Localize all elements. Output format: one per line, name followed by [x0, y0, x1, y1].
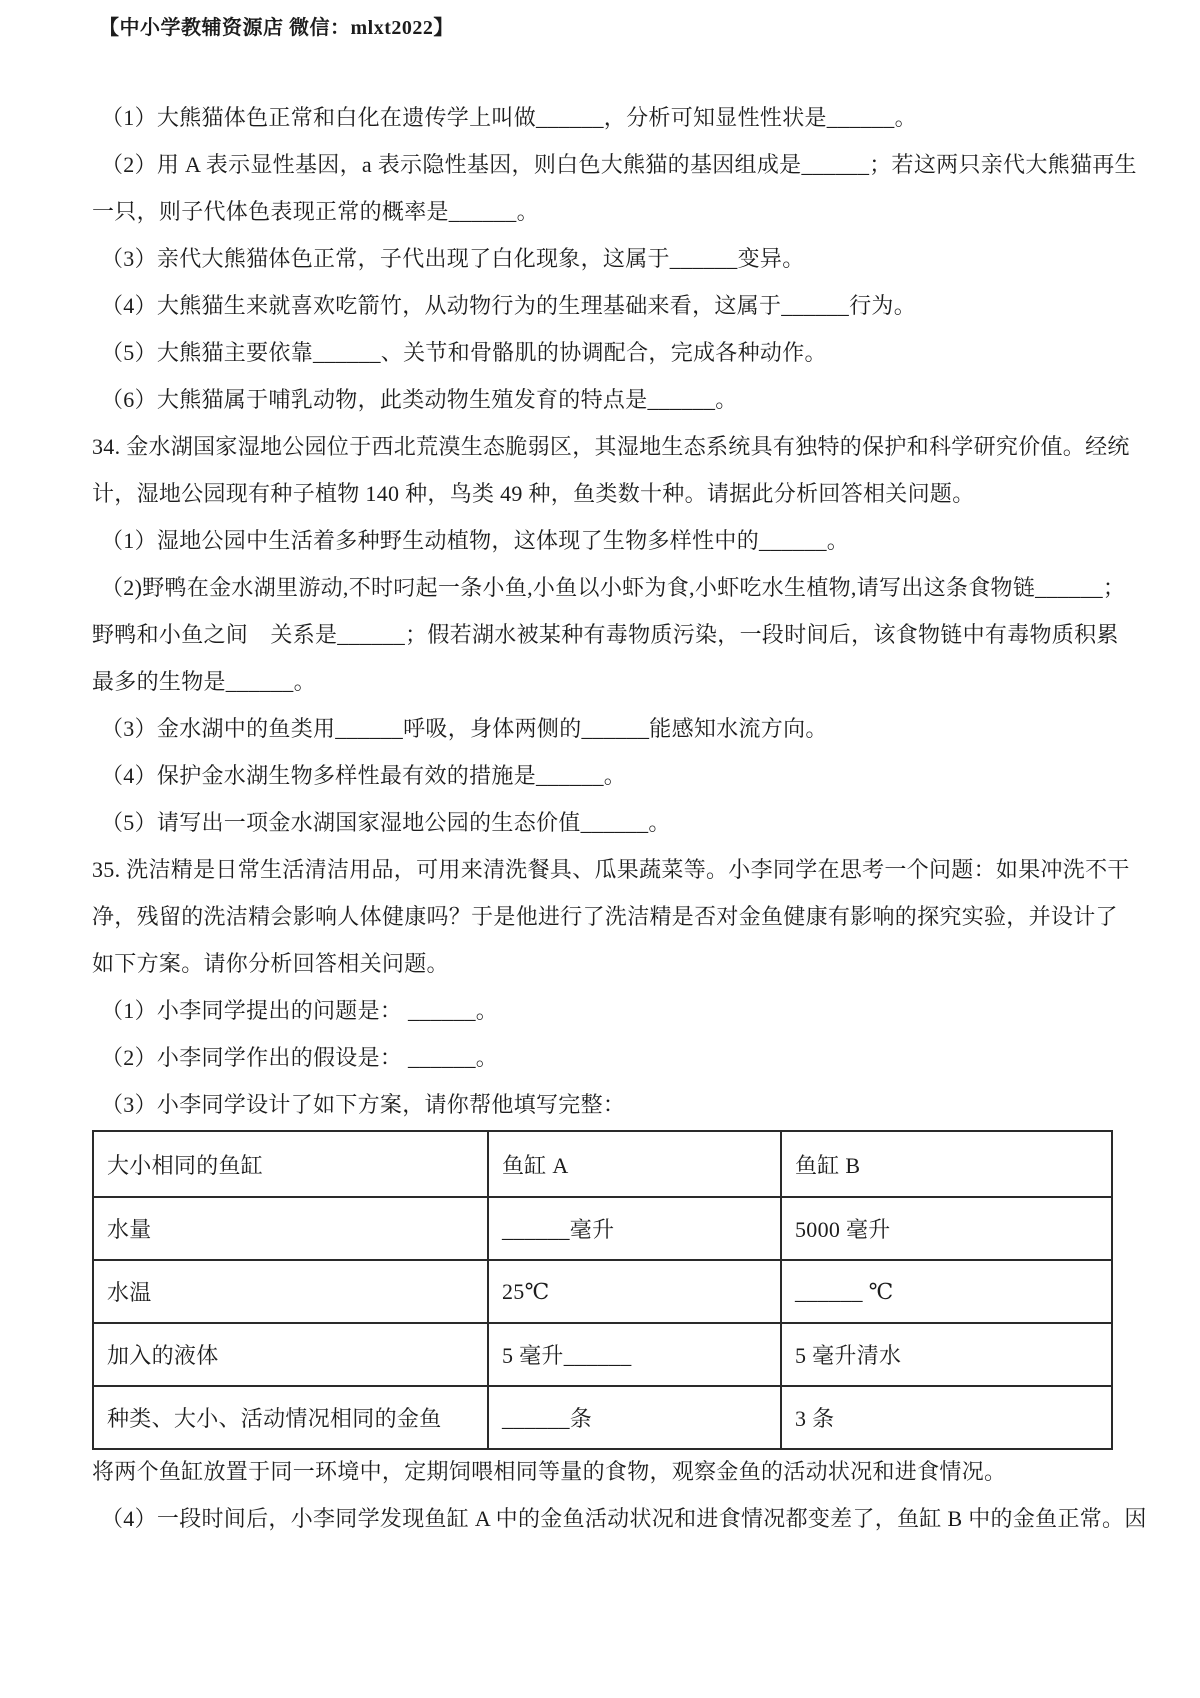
text-line: （2）小李同学作出的假设是： ______。	[92, 1034, 1114, 1081]
table-header-cell: 鱼缸 B	[781, 1131, 1112, 1197]
table-cell: 水量	[93, 1197, 488, 1260]
text-line: （2)野鸭在金水湖里游动,不时叼起一条小鱼,小鱼以小虾为食,小虾吃水生植物,请写…	[92, 564, 1114, 611]
table-header-cell: 大小相同的鱼缸	[93, 1131, 488, 1197]
text-line: 35. 洗洁精是日常生活清洁用品，可用来清洗餐具、瓜果蔬菜等。小李同学在思考一个…	[92, 846, 1114, 893]
text-line: （4）大熊猫生来就喜欢吃箭竹，从动物行为的生理基础来看，这属于______行为。	[92, 282, 1114, 329]
post-table-text-block: 将两个鱼缸放置于同一环境中，定期饲喂相同等量的食物，观察金鱼的活动状况和进食情况…	[92, 1448, 1114, 1542]
table-cell: ______条	[488, 1386, 781, 1449]
table-cell: 种类、大小、活动情况相同的金鱼	[93, 1386, 488, 1449]
text-line: （4）保护金水湖生物多样性最有效的措施是______。	[92, 752, 1114, 799]
text-line: （1）小李同学提出的问题是： ______。	[92, 987, 1114, 1034]
table-cell: 水温	[93, 1260, 488, 1323]
text-line: 如下方案。请你分析回答相关问题。	[92, 940, 1114, 987]
table-cell: ______ ℃	[781, 1260, 1112, 1323]
table-cell: 3 条	[781, 1386, 1112, 1449]
table-cell: 5 毫升清水	[781, 1323, 1112, 1386]
experiment-design-table: 大小相同的鱼缸 鱼缸 A 鱼缸 B 水量 ______毫升 5000 毫升 水温…	[92, 1130, 1113, 1450]
text-line: （1）湿地公园中生活着多种野生动植物，这体现了生物多样性中的______。	[92, 517, 1114, 564]
text-line: （2）用 A 表示显性基因，a 表示隐性基因，则白色大熊猫的基因组成是_____…	[92, 141, 1114, 188]
table-row: 加入的液体 5 毫升______ 5 毫升清水	[93, 1323, 1112, 1386]
text-line: （5）请写出一项金水湖国家湿地公园的生态价值______。	[92, 799, 1114, 846]
text-line: （3）亲代大熊猫体色正常，子代出现了白化现象，这属于______变异。	[92, 235, 1114, 282]
table-row: 种类、大小、活动情况相同的金鱼 ______条 3 条	[93, 1386, 1112, 1449]
text-line: （3）小李同学设计了如下方案，请你帮他填写完整：	[92, 1081, 1114, 1128]
text-line: 一只，则子代体色表现正常的概率是______。	[92, 188, 1114, 235]
table-cell: 5 毫升______	[488, 1323, 781, 1386]
table-header-cell: 鱼缸 A	[488, 1131, 781, 1197]
question-text-block: （1）大熊猫体色正常和白化在遗传学上叫做______，分析可知显性性状是____…	[92, 94, 1114, 1128]
table-cell: 25℃	[488, 1260, 781, 1323]
exam-paper-page: 【中小学教辅资源店 微信：mlxt2022】 （1）大熊猫体色正常和白化在遗传学…	[0, 0, 1200, 1698]
text-line: （4）一段时间后，小李同学发现鱼缸 A 中的金鱼活动状况和进食情况都变差了，鱼缸…	[92, 1495, 1114, 1542]
text-line: 计，湿地公园现有种子植物 140 种，鸟类 49 种，鱼类数十种。请据此分析回答…	[92, 470, 1114, 517]
text-line: 最多的生物是______。	[92, 658, 1114, 705]
table-header-row: 大小相同的鱼缸 鱼缸 A 鱼缸 B	[93, 1131, 1112, 1197]
table-cell: ______毫升	[488, 1197, 781, 1260]
text-line: （6）大熊猫属于哺乳动物，此类动物生殖发育的特点是______。	[92, 376, 1114, 423]
text-line: （3）金水湖中的鱼类用______呼吸，身体两侧的______能感知水流方向。	[92, 705, 1114, 752]
table-row: 水量 ______毫升 5000 毫升	[93, 1197, 1112, 1260]
text-line: 将两个鱼缸放置于同一环境中，定期饲喂相同等量的食物，观察金鱼的活动状况和进食情况…	[92, 1448, 1114, 1495]
text-line: 净，残留的洗洁精会影响人体健康吗？于是他进行了洗洁精是否对金鱼健康有影响的探究实…	[92, 893, 1114, 940]
table-cell: 5000 毫升	[781, 1197, 1112, 1260]
text-line: 野鸭和小鱼之间 关系是______；假若湖水被某种有毒物质污染，一段时间后，该食…	[92, 611, 1114, 658]
table-cell: 加入的液体	[93, 1323, 488, 1386]
watermark-header: 【中小学教辅资源店 微信：mlxt2022】	[99, 11, 454, 40]
text-line: （5）大熊猫主要依靠______、关节和骨骼肌的协调配合，完成各种动作。	[92, 329, 1114, 376]
text-line: （1）大熊猫体色正常和白化在遗传学上叫做______，分析可知显性性状是____…	[92, 94, 1114, 141]
table-row: 水温 25℃ ______ ℃	[93, 1260, 1112, 1323]
text-line: 34. 金水湖国家湿地公园位于西北荒漠生态脆弱区，其湿地生态系统具有独特的保护和…	[92, 423, 1114, 470]
